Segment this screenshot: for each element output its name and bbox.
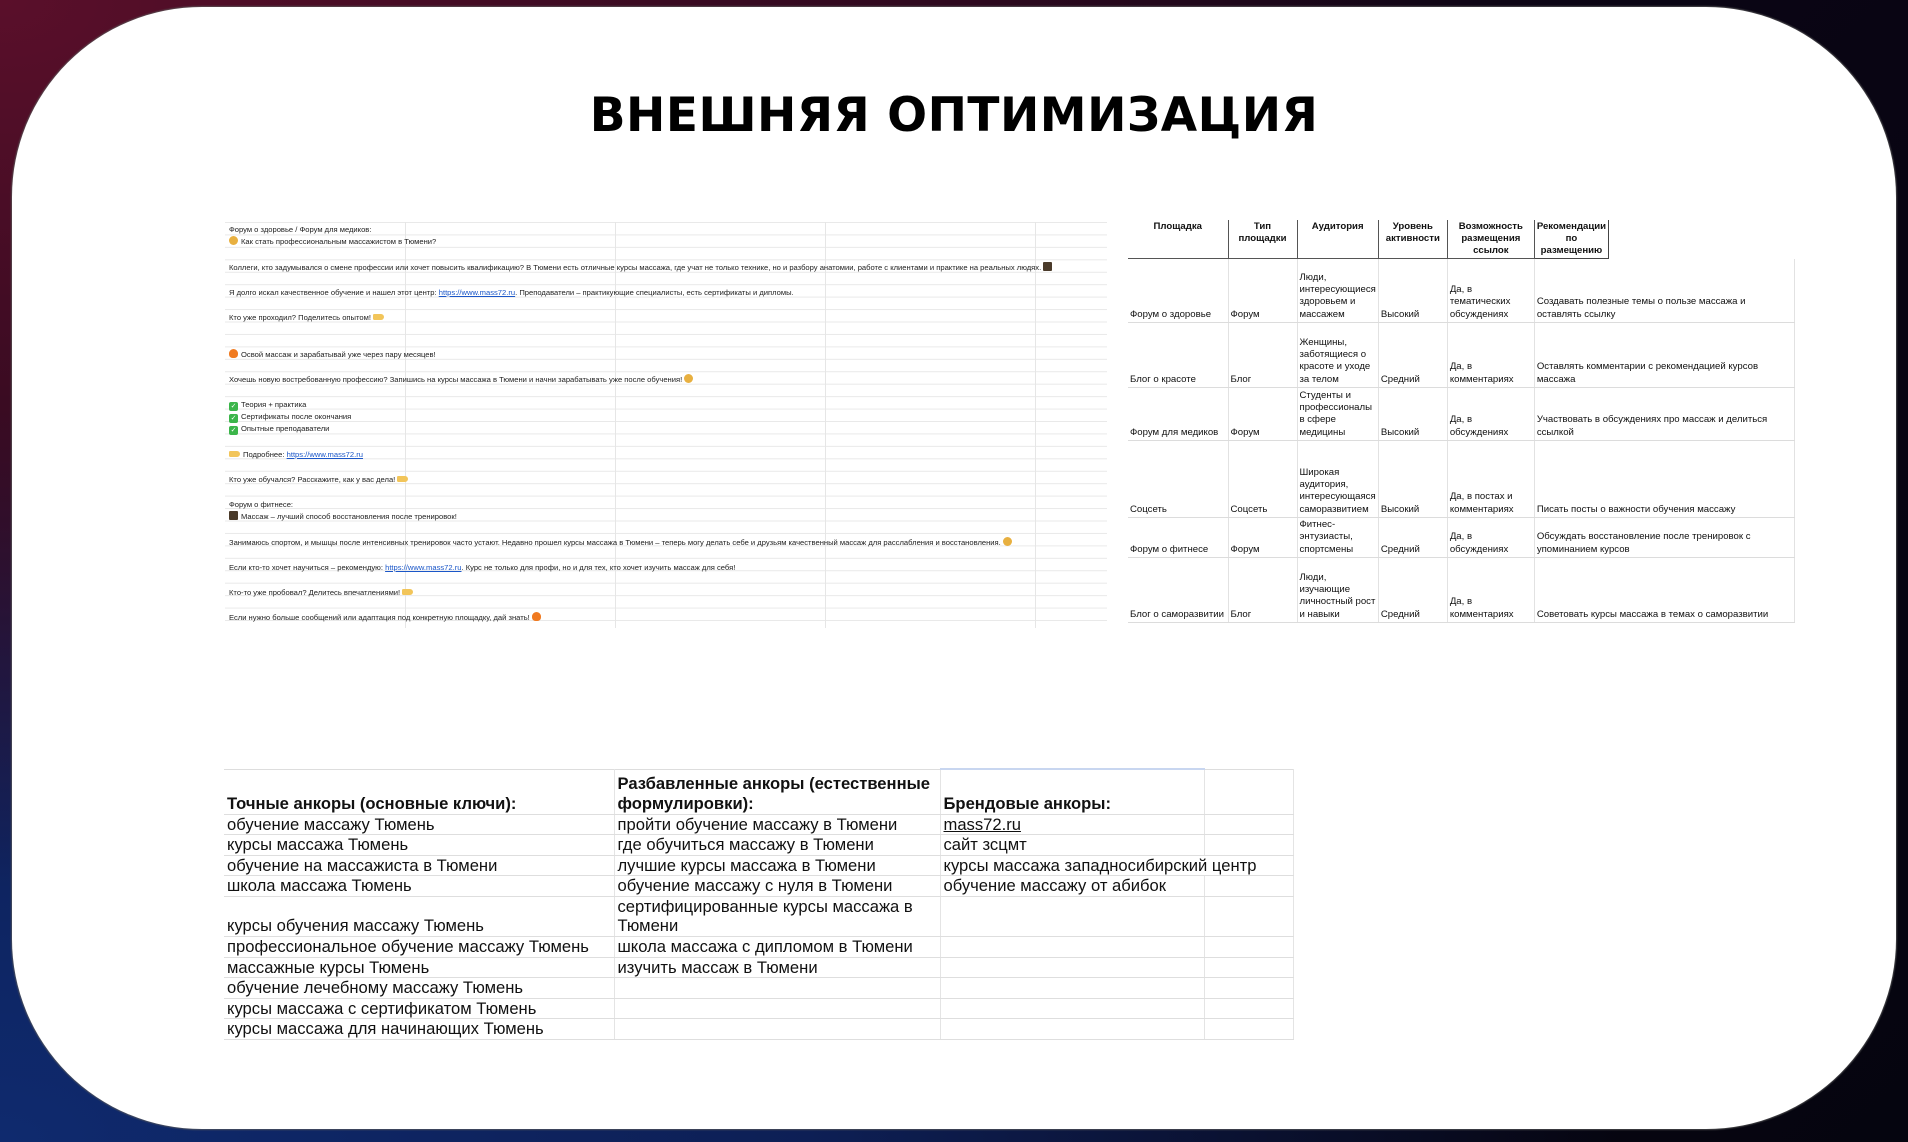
anchors-table: Точные анкоры (основные ключи):Разбавлен… — [224, 768, 1294, 1040]
check-mark-emoji-icon: ✓ — [229, 426, 238, 435]
site-link[interactable]: https://www.mass72.ru — [385, 563, 461, 572]
table-row: обучение лечебному массажу Тюмень — [224, 978, 1293, 999]
post-text: Если кто-то хочет научиться – рекомендую… — [229, 563, 385, 572]
table-cell: Оставлять комментарии с рекомендацией ку… — [1534, 323, 1794, 388]
empty-header — [1609, 220, 1795, 259]
table-cell — [940, 937, 1204, 958]
table-cell: Создавать полезные темы о пользе массажа… — [1534, 259, 1794, 323]
table-cell: школа массажа Тюмень — [224, 876, 614, 897]
pointing-down-emoji-icon — [402, 589, 413, 595]
table-cell: обучение массажу Тюмень — [224, 814, 614, 835]
post-text: Если нужно больше сообщений или адаптаци… — [229, 613, 530, 622]
table-cell: обучение на массажиста в Тюмени — [224, 855, 614, 876]
table-cell: Блог — [1228, 323, 1297, 388]
table-cell: обучение лечебному массажу Тюмень — [224, 978, 614, 999]
pointing-right-emoji-icon — [229, 451, 240, 457]
table-cell — [940, 957, 1204, 978]
posts-spreadsheet: Форум о здоровье / Форум для медиков:Как… — [225, 222, 1107, 628]
header-row: Точные анкоры (основные ключи):Разбавлен… — [224, 769, 1293, 814]
table-cell: обучение массажу от абибок — [940, 876, 1204, 897]
fire-emoji-icon — [229, 349, 238, 358]
post-text: Кто-то уже пробовал? Делитесь впечатлени… — [229, 588, 400, 597]
table-cell: Писать посты о важности обучения массажу — [1534, 441, 1794, 518]
table-cell: Обсуждать восстановление после тренирово… — [1534, 518, 1794, 558]
post-line: Кто уже обучался? Расскажите, как у вас … — [229, 474, 411, 485]
table-cell: лучшие курсы массажа в Тюмени — [614, 855, 940, 876]
post-text: Теория + практика — [241, 400, 306, 409]
table-cell: Блог — [1228, 558, 1297, 623]
post-line: Если кто-то хочет научиться – рекомендую… — [229, 562, 735, 573]
column-header: Тип площадки — [1228, 220, 1297, 259]
table-cell: Женщины, заботящиеся о красоте и уходе з… — [1297, 323, 1378, 388]
table-cell: Высокий — [1378, 441, 1447, 518]
table-row: курсы массажа Тюменьгде обучиться массаж… — [224, 835, 1293, 856]
table-cell: курсы обучения массажу Тюмень — [224, 896, 614, 936]
table-cell: Студенты и профессионалы в сфере медицин… — [1297, 388, 1378, 441]
post-text: Коллеги, кто задумывался о смене професс… — [229, 263, 1041, 272]
weightlifter-emoji-icon — [229, 511, 238, 520]
table-row: Форум о фитнесеФорумФитнес-энтузиасты, с… — [1128, 518, 1795, 558]
empty-cell — [1204, 998, 1293, 1019]
post-line: Массаж – лучший способ восстановления по… — [229, 511, 457, 522]
slide-title: ВНЕШНЯЯ ОПТИМИЗАЦИЯ — [0, 88, 1908, 143]
post-text: Массаж – лучший способ восстановления по… — [241, 512, 457, 521]
table-row: курсы обучения массажу Тюменьсертифициро… — [224, 896, 1293, 936]
table-row: курсы массажа для начинающих Тюмень — [224, 1019, 1293, 1040]
person-emoji-icon — [229, 236, 238, 245]
post-text: Хочешь новую востребованную профессию? З… — [229, 375, 682, 384]
table-cell: Высокий — [1378, 388, 1447, 441]
table-cell: массажные курсы Тюмень — [224, 957, 614, 978]
table-cell: сертифицированные курсы массажа в Тюмени — [614, 896, 940, 936]
table-cell: Форум — [1228, 518, 1297, 558]
post-text: . Курс не только для профи, но и для тех… — [461, 563, 735, 572]
table-cell: Средний — [1378, 558, 1447, 623]
post-line: Подробнее: https://www.mass72.ru — [229, 449, 363, 460]
table-row: СоцсетьСоцсетьШирокая аудитория, интерес… — [1128, 441, 1795, 518]
table-cell — [614, 978, 940, 999]
empty-cell — [1204, 835, 1293, 856]
table-cell: курсы массажа Тюмень — [224, 835, 614, 856]
table-row: профессиональное обучение массажу Тюмень… — [224, 937, 1293, 958]
table-cell: Форум о здоровье — [1128, 259, 1228, 323]
empty-cell — [1204, 957, 1293, 978]
post-text: Занимаюсь спортом, и мышцы после интенси… — [229, 538, 1001, 547]
table-cell — [614, 998, 940, 1019]
table-cell: Форум — [1228, 388, 1297, 441]
table-cell: Форум о фитнесе — [1128, 518, 1228, 558]
table-cell: профессиональное обучение массажу Тюмень — [224, 937, 614, 958]
post-line: Занимаюсь спортом, и мышцы после интенси… — [229, 537, 1015, 548]
empty-cell — [1204, 978, 1293, 999]
brand-link[interactable]: mass72.ru — [940, 814, 1204, 835]
post-text: Как стать профессиональным массажистом в… — [241, 237, 436, 246]
table-row: обучение на массажиста в Тюменилучшие ку… — [224, 855, 1293, 876]
empty-cell — [1204, 876, 1293, 897]
post-text: Я долго искал качественное обучение и на… — [229, 288, 439, 297]
table-row: массажные курсы Тюменьизучить массаж в Т… — [224, 957, 1293, 978]
table-cell: Форум — [1228, 259, 1297, 323]
table-row: Форум для медиковФорумСтуденты и професс… — [1128, 388, 1795, 441]
empty-cell — [1204, 896, 1293, 936]
post-line: Кто уже проходил? Поделитесь опытом! — [229, 312, 387, 323]
table-cell: Да, в тематических обсуждениях — [1447, 259, 1534, 323]
table-row: курсы массажа с сертификатом Тюмень — [224, 998, 1293, 1019]
pointing-down-emoji-icon — [373, 314, 384, 320]
flexed-biceps-emoji-icon — [1003, 537, 1012, 546]
post-text: Кто уже проходил? Поделитесь опытом! — [229, 313, 371, 322]
site-link[interactable]: https://www.mass72.ru — [439, 288, 515, 297]
site-link[interactable]: https://www.mass72.ru — [287, 450, 363, 459]
post-text: . Преподаватели – практикующие специалис… — [515, 288, 794, 297]
post-line: Коллеги, кто задумывался о смене професс… — [229, 262, 1055, 273]
table-cell: Советовать курсы массажа в темах о самор… — [1534, 558, 1794, 623]
table-row: Блог о саморазвитииБлогЛюди, изучающие л… — [1128, 558, 1795, 623]
post-line: ✓Теория + практика — [229, 399, 306, 411]
table-cell: курсы массажа западносибирский центр — [940, 855, 1293, 876]
post-line: Кто-то уже пробовал? Делитесь впечатлени… — [229, 587, 416, 598]
post-line: Форум о здоровье / Форум для медиков: — [229, 224, 371, 235]
table-cell: Да, в обсуждениях — [1447, 518, 1534, 558]
column-header: Аудитория — [1297, 220, 1378, 259]
post-line: ✓Сертификаты после окончания — [229, 411, 351, 423]
table-cell: Люди, интересующиеся здоровьем и массаже… — [1297, 259, 1378, 323]
empty-cell — [1204, 937, 1293, 958]
table-row: обучение массажу Тюменьпройти обучение м… — [224, 814, 1293, 835]
platforms-table: ПлощадкаТип площадкиАудиторияУровень акт… — [1128, 220, 1795, 623]
table-cell — [940, 978, 1204, 999]
table-cell: Люди, изучающие личностный рост и навыки — [1297, 558, 1378, 623]
empty-cell — [1204, 814, 1293, 835]
table-cell: где обучиться массажу в Тюмени — [614, 835, 940, 856]
table-cell: Фитнес-энтузиасты, спортсмены — [1297, 518, 1378, 558]
table-cell: курсы массажа с сертификатом Тюмень — [224, 998, 614, 1019]
table-cell: Средний — [1378, 518, 1447, 558]
table-cell: школа массажа с дипломом в Тюмени — [614, 937, 940, 958]
table-cell: Да, в комментариях — [1447, 323, 1534, 388]
empty-cell — [1204, 769, 1293, 814]
table-cell: изучить массаж в Тюмени — [614, 957, 940, 978]
table-cell: Да, в обсуждениях — [1447, 388, 1534, 441]
table-cell: Средний — [1378, 323, 1447, 388]
table-cell — [940, 1019, 1204, 1040]
column-header: Точные анкоры (основные ключи): — [224, 769, 614, 814]
table-cell — [614, 1019, 940, 1040]
table-cell: Высокий — [1378, 259, 1447, 323]
table-row: Блог о красотеБлогЖенщины, заботящиеся о… — [1128, 323, 1795, 388]
graduation-cap-emoji-icon — [1043, 262, 1052, 271]
post-line: Освой массаж и зарабатывай уже через пар… — [229, 349, 436, 360]
table-cell: Да, в постах и комментариях — [1447, 441, 1534, 518]
post-text: Форум о здоровье / Форум для медиков: — [229, 225, 371, 234]
table-cell: Да, в комментариях — [1447, 558, 1534, 623]
post-line: Форум о фитнесе: — [229, 499, 293, 510]
post-line: Я долго искал качественное обучение и на… — [229, 287, 794, 298]
table-cell: Широкая аудитория, интересующаяся самора… — [1297, 441, 1378, 518]
table-cell: Соцсеть — [1228, 441, 1297, 518]
post-text: Кто уже обучался? Расскажите, как у вас … — [229, 475, 395, 484]
post-line: ✓Опытные преподаватели — [229, 423, 329, 435]
table-cell: Форум для медиков — [1128, 388, 1228, 441]
column-header: Площадка — [1128, 220, 1228, 259]
post-text: Форум о фитнесе: — [229, 500, 293, 509]
post-line: Если нужно больше сообщений или адаптаци… — [229, 612, 544, 623]
table-cell — [940, 998, 1204, 1019]
table-cell: курсы массажа для начинающих Тюмень — [224, 1019, 614, 1040]
post-text: Подробнее: — [243, 450, 287, 459]
column-header: Уровень активности — [1378, 220, 1447, 259]
table-cell: пройти обучение массажу в Тюмени — [614, 814, 940, 835]
rocket-emoji-icon — [532, 612, 541, 621]
post-text: Освой массаж и зарабатывай уже через пар… — [241, 350, 436, 359]
check-mark-emoji-icon: ✓ — [229, 402, 238, 411]
table-cell: Участвовать в обсуждениях про массаж и д… — [1534, 388, 1794, 441]
post-text: Опытные преподаватели — [241, 424, 329, 433]
check-mark-emoji-icon: ✓ — [229, 414, 238, 423]
table-cell: Блог о саморазвитии — [1128, 558, 1228, 623]
empty-cell — [1204, 1019, 1293, 1040]
column-header: Возможность размещения ссылок — [1447, 220, 1534, 259]
column-header: Разбавленные анкоры (естественные формул… — [614, 769, 940, 814]
column-header: Брендовые анкоры: — [940, 769, 1204, 814]
table-cell: Соцсеть — [1128, 441, 1228, 518]
table-cell: сайт зсцмт — [940, 835, 1204, 856]
post-line: Хочешь новую востребованную профессию? З… — [229, 374, 696, 385]
post-text: Сертификаты после окончания — [241, 412, 351, 421]
table-row: Форум о здоровьеФорумЛюди, интересующиес… — [1128, 259, 1795, 323]
table-cell — [940, 896, 1204, 936]
column-header: Рекомендации по размещению — [1534, 220, 1608, 259]
table-cell: обучение массажу с нуля в Тюмени — [614, 876, 940, 897]
pointing-down-emoji-icon — [397, 476, 408, 482]
table-cell: Блог о красоте — [1128, 323, 1228, 388]
money-bag-emoji-icon — [684, 374, 693, 383]
table-row: школа массажа Тюменьобучение массажу с н… — [224, 876, 1293, 897]
post-line: Как стать профессиональным массажистом в… — [229, 236, 436, 247]
